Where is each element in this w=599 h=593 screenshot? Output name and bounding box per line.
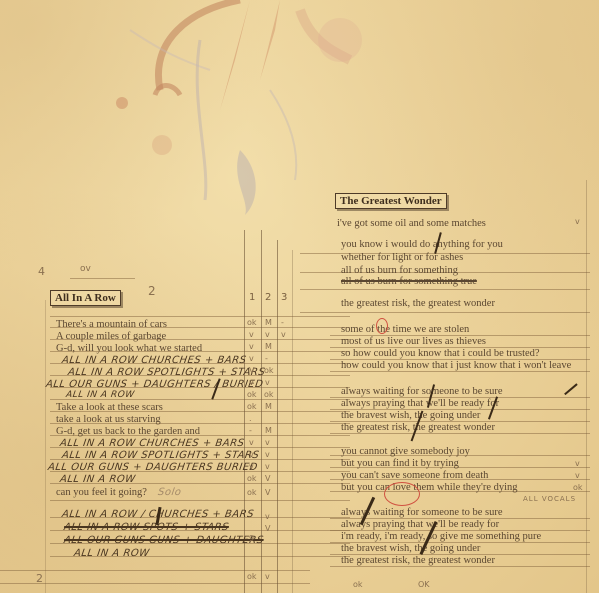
lyric-line-struck: all of us burn for something true xyxy=(341,276,477,287)
song-title: All In A Row xyxy=(50,290,121,306)
margin-mark: OK xyxy=(418,580,430,589)
lyric-line: There's a mountain of cars xyxy=(56,319,167,330)
margin-mark: v xyxy=(575,459,580,468)
song-title: The Greatest Wonder xyxy=(335,193,447,209)
lyric-line: so how could you know that i could be tr… xyxy=(341,348,540,359)
lyric-line: take a look at us starving xyxy=(56,414,161,425)
lyric-line: you know i would do anything for you xyxy=(341,239,503,250)
lyric-line: always praying that we'll be ready for xyxy=(341,519,499,530)
handwritten-line: ALL IN A ROW SPOTLIGHTS + STARS xyxy=(61,450,260,461)
lyric-line: most of us live our lives as thieves xyxy=(341,336,486,347)
handwritten-line: ALL IN A ROW CHURCHES + BARS xyxy=(61,355,247,366)
handwritten-line: ALL IN A ROW CHURCHES + BARS xyxy=(59,438,245,449)
lyric-line: Take a look at these scars xyxy=(56,402,163,413)
lyric-line: i'm ready, i'm ready, so give me somethi… xyxy=(341,531,541,542)
lyric-line: A couple miles of garbage xyxy=(56,331,166,342)
vocals-annotation: ALL VOCALS xyxy=(523,495,576,503)
handwritten-line: ALL OUR GUNS + DAUGHTERS BURIED xyxy=(47,462,258,473)
margin-mark: ok xyxy=(247,572,257,581)
margin-mark: ok xyxy=(573,483,583,492)
solo-annotation: Solo xyxy=(157,487,182,498)
margin-mark: v xyxy=(575,217,580,226)
lyric-line: but you can love them while they're dyin… xyxy=(341,482,518,493)
column-header-3: 3 xyxy=(281,292,287,303)
handwritten-line: ALL IN A ROW xyxy=(65,390,135,400)
handwritten-line: ALL IN A ROW SPOTLIGHTS + STARS xyxy=(67,367,266,378)
handwritten-line-struck: ALL OUR GUNS GUNS + DAUGHTERS xyxy=(63,535,264,546)
column-header-1: 1 xyxy=(249,292,255,303)
lyric-line: can you feel it going? xyxy=(56,487,147,498)
lyric-line: how could you know that i just know that… xyxy=(341,360,571,371)
handwritten-line-struck: ALL IN A ROW SPOTS + STARS xyxy=(63,522,229,533)
lyric-line: you can't save someone from death xyxy=(341,470,488,481)
lyric-line: all of us burn for something xyxy=(341,265,458,276)
lyric-line: G-d, get us back to the garden and xyxy=(56,426,200,437)
margin-mark: 2 xyxy=(36,572,43,585)
margin-mark: ov xyxy=(80,264,91,274)
margin-mark: v xyxy=(265,572,270,581)
red-circle-annotation xyxy=(376,318,388,334)
lyric-line: whether for light or for ashes xyxy=(341,252,463,263)
lyric-line: some of the time we are stolen xyxy=(341,324,469,335)
floral-artwork xyxy=(100,0,400,220)
lyric-line: the bravest wish, the going under xyxy=(341,410,480,421)
lyric-line: the bravest wish, the going under xyxy=(341,543,480,554)
lyric-line: G-d, will you look what we started xyxy=(56,343,202,354)
lyric-line: the greatest risk, the greatest wonder xyxy=(341,298,495,309)
lyric-line: always praying that we'll be ready for xyxy=(341,398,499,409)
handwritten-line: ALL OUR GUNS + DAUGHTERS / BURIED xyxy=(45,379,264,390)
lyric-line: you cannot give somebody joy xyxy=(341,446,470,457)
lyric-line: i've got some oil and some matches xyxy=(337,218,486,229)
lyric-line: the greatest risk, the greatest wonder xyxy=(341,555,495,566)
lyric-line: always waiting for someone to be sure xyxy=(341,386,503,397)
margin-mark: ok xyxy=(353,580,363,589)
red-circle-annotation xyxy=(384,482,420,506)
song-number: 2 xyxy=(148,284,156,298)
lyric-line: but you can find it by trying xyxy=(341,458,459,469)
column-header-2: 2 xyxy=(265,292,271,303)
margin-mark: 4 xyxy=(38,265,45,278)
handwritten-line: ALL IN A ROW xyxy=(59,474,136,485)
handwritten-line: ALL IN A ROW xyxy=(73,548,150,559)
margin-mark: v xyxy=(575,471,580,480)
